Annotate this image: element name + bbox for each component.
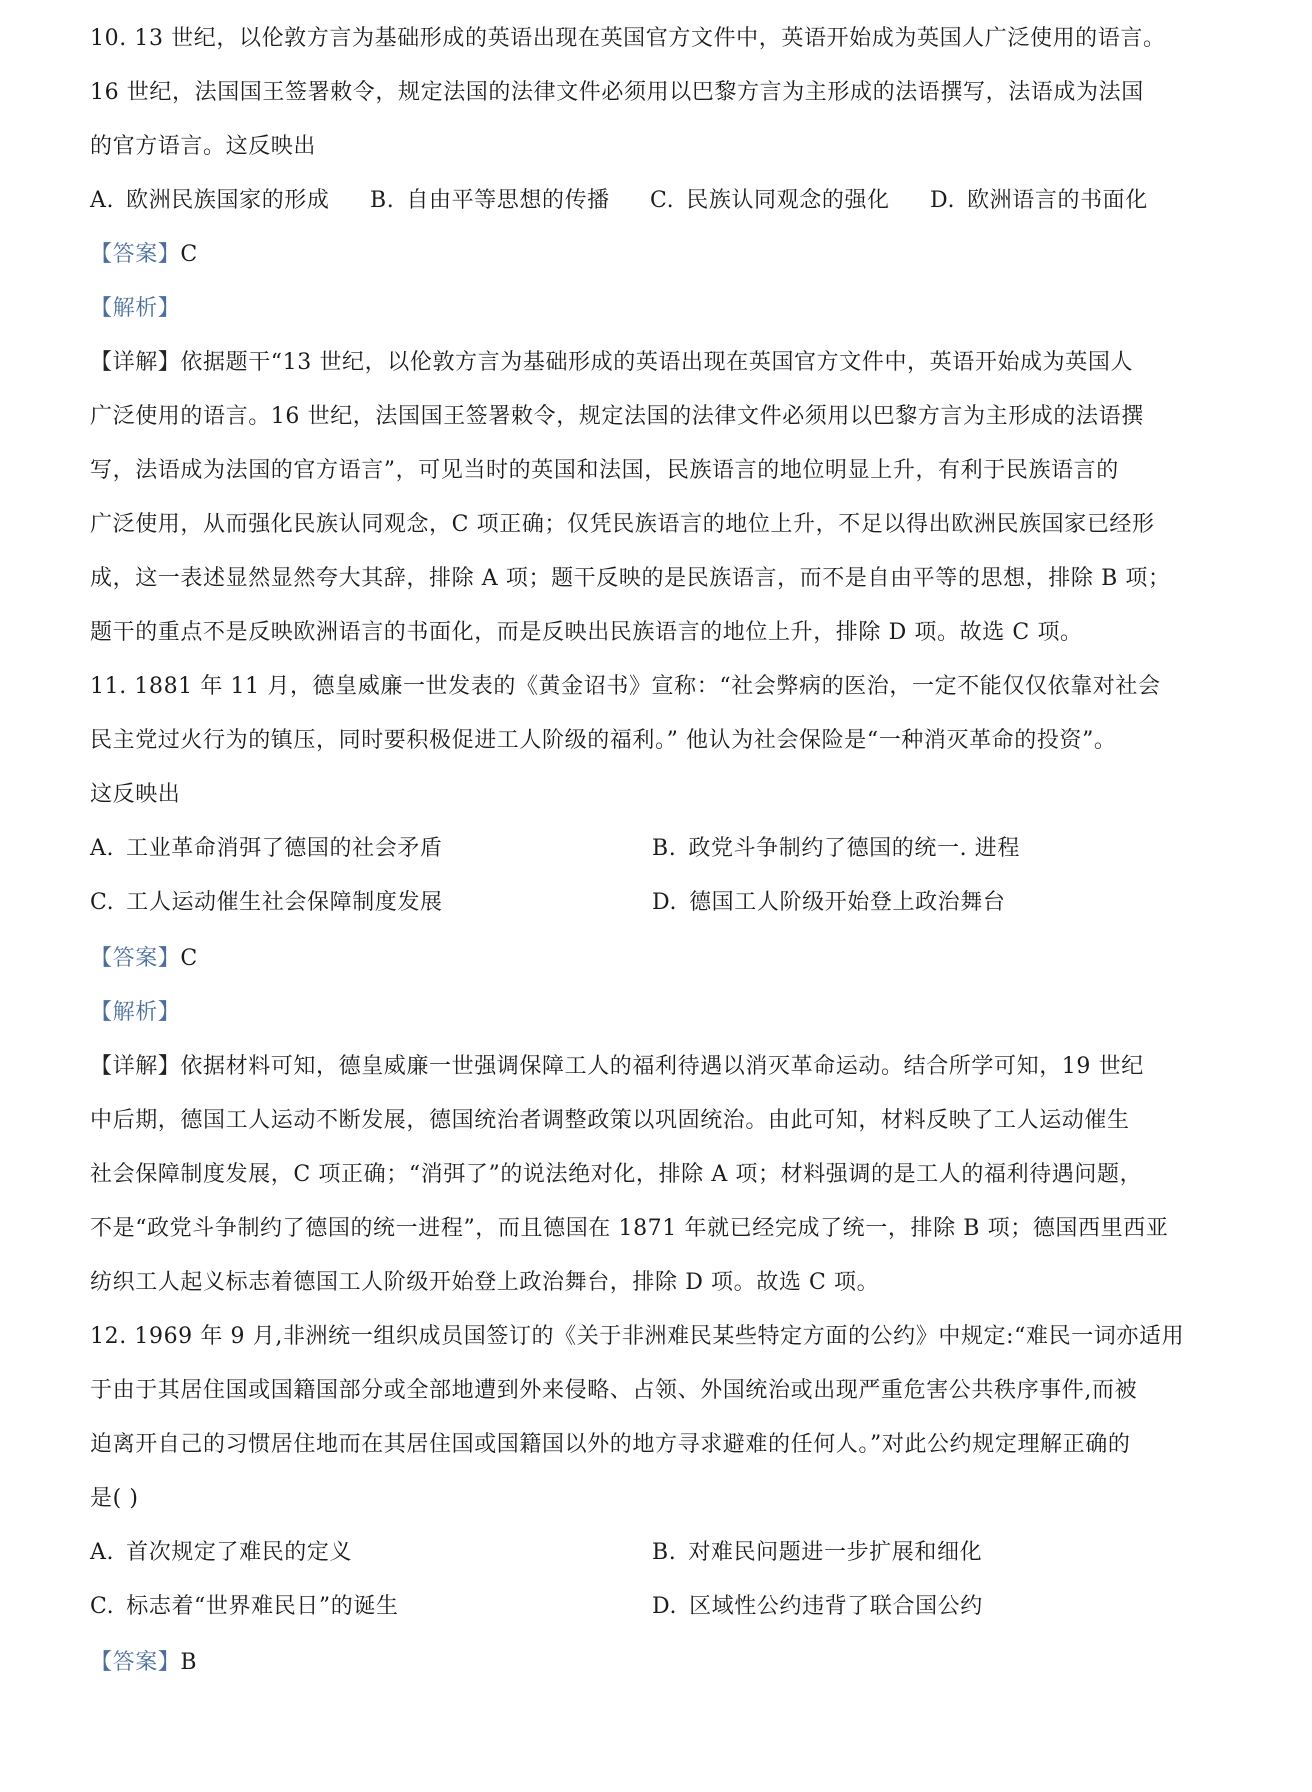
q10-answer: 【答案】C	[90, 240, 198, 270]
option-text: 首次规定了难民的定义	[126, 1540, 352, 1565]
option-letter: C.	[90, 890, 114, 915]
answer-label: 【答案】	[90, 946, 180, 971]
option-text: 自由平等思想的传播	[406, 188, 609, 213]
q11-option-c: C.工人运动催生社会保障制度发展	[90, 888, 443, 918]
q10-analysis-heading: 【解析】	[90, 294, 180, 324]
q12-option-a: A.首次规定了难民的定义	[90, 1538, 352, 1568]
answer-label: 【答案】	[90, 1650, 180, 1675]
q12-stem-line-1: 12. 1969 年 9 月,非洲统一组织成员国签订的《关于非洲难民某些特定方面…	[90, 1322, 1184, 1352]
q12-stem-line-3: 迫离开自己的习惯居住地而在其居住国或国籍国以外的地方寻求避难的任何人。”对此公约…	[90, 1430, 1130, 1460]
q10-option-c: C.民族认同观念的强化	[650, 186, 890, 216]
q11-detail-line-2: 中后期，德国工人运动不断发展，德国统治者调整政策以巩固统治。由此可知，材料反映了…	[90, 1106, 1130, 1136]
option-letter: C.	[90, 1594, 114, 1619]
option-letter: C.	[650, 188, 674, 213]
q11-option-d: D.德国工人阶级开始登上政治舞台	[652, 888, 1005, 918]
q12-option-d: D.区域性公约违背了联合国公约	[652, 1592, 983, 1622]
q10-stem-line-2: 16 世纪，法国国王签署敕令，规定法国的法律文件必须用以巴黎方言为主形成的法语撰…	[90, 78, 1144, 108]
q11-stem-line-3: 这反映出	[90, 780, 180, 810]
q10-option-a: A.欧洲民族国家的形成	[90, 186, 330, 216]
q10-detail-line-2: 广泛使用的语言。16 世纪，法国国王签署敕令，规定法国的法律文件必须用以巴黎方言…	[90, 402, 1144, 432]
q11-detail-line-3: 社会保障制度发展，C 项正确；“消弭了”的说法绝对化，排除 A 项；材料强调的是…	[90, 1160, 1142, 1190]
q11-stem-line-1: 11. 1881 年 11 月，德皇威廉一世发表的《黄金诏书》宣称：“社会弊病的…	[90, 672, 1161, 702]
analysis-label: 【解析】	[90, 296, 180, 321]
option-text: 对难民问题进一步扩展和细化	[688, 1540, 982, 1565]
analysis-label: 【解析】	[90, 1000, 180, 1025]
detail-text: 依据材料可知，德皇威廉一世强调保障工人的福利待遇以消灭革命运动。结合所学可知，1…	[180, 1054, 1143, 1079]
answer-label: 【答案】	[90, 242, 180, 267]
q10-stem-line-1: 10. 13 世纪，以伦敦方言为基础形成的英语出现在英国官方文件中，英语开始成为…	[90, 24, 1166, 54]
q10-stem-line-3: 的官方语言。这反映出	[90, 132, 316, 162]
detail-label: 【详解】	[90, 350, 180, 375]
answer-value: C	[180, 946, 197, 971]
option-letter: B.	[652, 836, 676, 861]
option-letter: D.	[930, 188, 955, 213]
q10-detail-line-4: 广泛使用，从而强化民族认同观念，C 项正确；仅凭民族语言的地位上升，不足以得出欧…	[90, 510, 1155, 540]
q11-option-a: A.工业革命消弭了德国的社会矛盾	[90, 834, 443, 864]
q10-option-b: B.自由平等思想的传播	[370, 186, 610, 216]
q11-detail-line-4: 不是“政党斗争制约了德国的统一进程”，而且德国在 1871 年就已经完成了统一，…	[90, 1214, 1168, 1244]
option-letter: D.	[652, 1594, 677, 1619]
option-text: 区域性公约违背了联合国公约	[689, 1594, 983, 1619]
exam-page: 10. 13 世纪，以伦敦方言为基础形成的英语出现在英国官方文件中，英语开始成为…	[0, 0, 1312, 1792]
option-text: 政党斗争制约了德国的统一. 进程	[688, 836, 1020, 861]
option-text: 工人运动催生社会保障制度发展	[126, 890, 442, 915]
option-letter: A.	[90, 188, 114, 213]
q10-detail-line-3: 写，法语成为法国的官方语言”，可见当时的英国和法国，民族语言的地位明显上升，有利…	[90, 456, 1119, 486]
q11-analysis-heading: 【解析】	[90, 998, 180, 1028]
option-text: 民族认同观念的强化	[686, 188, 889, 213]
option-letter: A.	[90, 1540, 114, 1565]
option-letter: B.	[370, 188, 394, 213]
option-text: 标志着“世界难民日”的诞生	[126, 1594, 398, 1619]
q12-stem-line-4: 是( )	[90, 1484, 139, 1514]
q11-detail-line-5: 纺织工人起义标志着德国工人阶级开始登上政治舞台，排除 D 项。故选 C 项。	[90, 1268, 879, 1298]
option-text: 德国工人阶级开始登上政治舞台	[689, 890, 1005, 915]
option-letter: D.	[652, 890, 677, 915]
option-text: 欧洲民族国家的形成	[126, 188, 329, 213]
q11-detail-line-1: 【详解】依据材料可知，德皇威廉一世强调保障工人的福利待遇以消灭革命运动。结合所学…	[90, 1052, 1144, 1082]
q12-answer: 【答案】B	[90, 1648, 197, 1678]
answer-value: C	[180, 242, 197, 267]
detail-label: 【详解】	[90, 1054, 180, 1079]
q10-detail-line-1: 【详解】依据题干“13 世纪，以伦敦方言为基础形成的英语出现在英国官方文件中，英…	[90, 348, 1133, 378]
answer-value: B	[180, 1650, 197, 1675]
q12-option-c: C.标志着“世界难民日”的诞生	[90, 1592, 399, 1622]
option-text: 工业革命消弭了德国的社会矛盾	[126, 836, 442, 861]
q10-option-d: D.欧洲语言的书面化	[930, 186, 1148, 216]
option-letter: A.	[90, 836, 114, 861]
q12-option-b: B.对难民问题进一步扩展和细化	[652, 1538, 982, 1568]
q11-stem-line-2: 民主党过火行为的镇压，同时要积极促进工人阶级的福利。” 他认为社会保险是“一种消…	[90, 726, 1117, 756]
q12-stem-line-2: 于由于其居住国或国籍国部分或全部地遭到外来侵略、占领、外国统治或出现严重危害公共…	[90, 1376, 1137, 1406]
option-text: 欧洲语言的书面化	[967, 188, 1148, 213]
option-letter: B.	[652, 1540, 676, 1565]
q10-detail-line-6: 题干的重点不是反映欧洲语言的书面化，而是反映出民族语言的地位上升，排除 D 项。…	[90, 618, 1083, 648]
q11-option-b: B.政党斗争制约了德国的统一. 进程	[652, 834, 1020, 864]
q11-answer: 【答案】C	[90, 944, 198, 974]
detail-text: 依据题干“13 世纪，以伦敦方言为基础形成的英语出现在英国官方文件中，英语开始成…	[180, 350, 1133, 375]
q10-detail-line-5: 成，这一表述显然显然夸大其辞，排除 A 项；题干反映的是民族语言，而不是自由平等…	[90, 564, 1171, 594]
